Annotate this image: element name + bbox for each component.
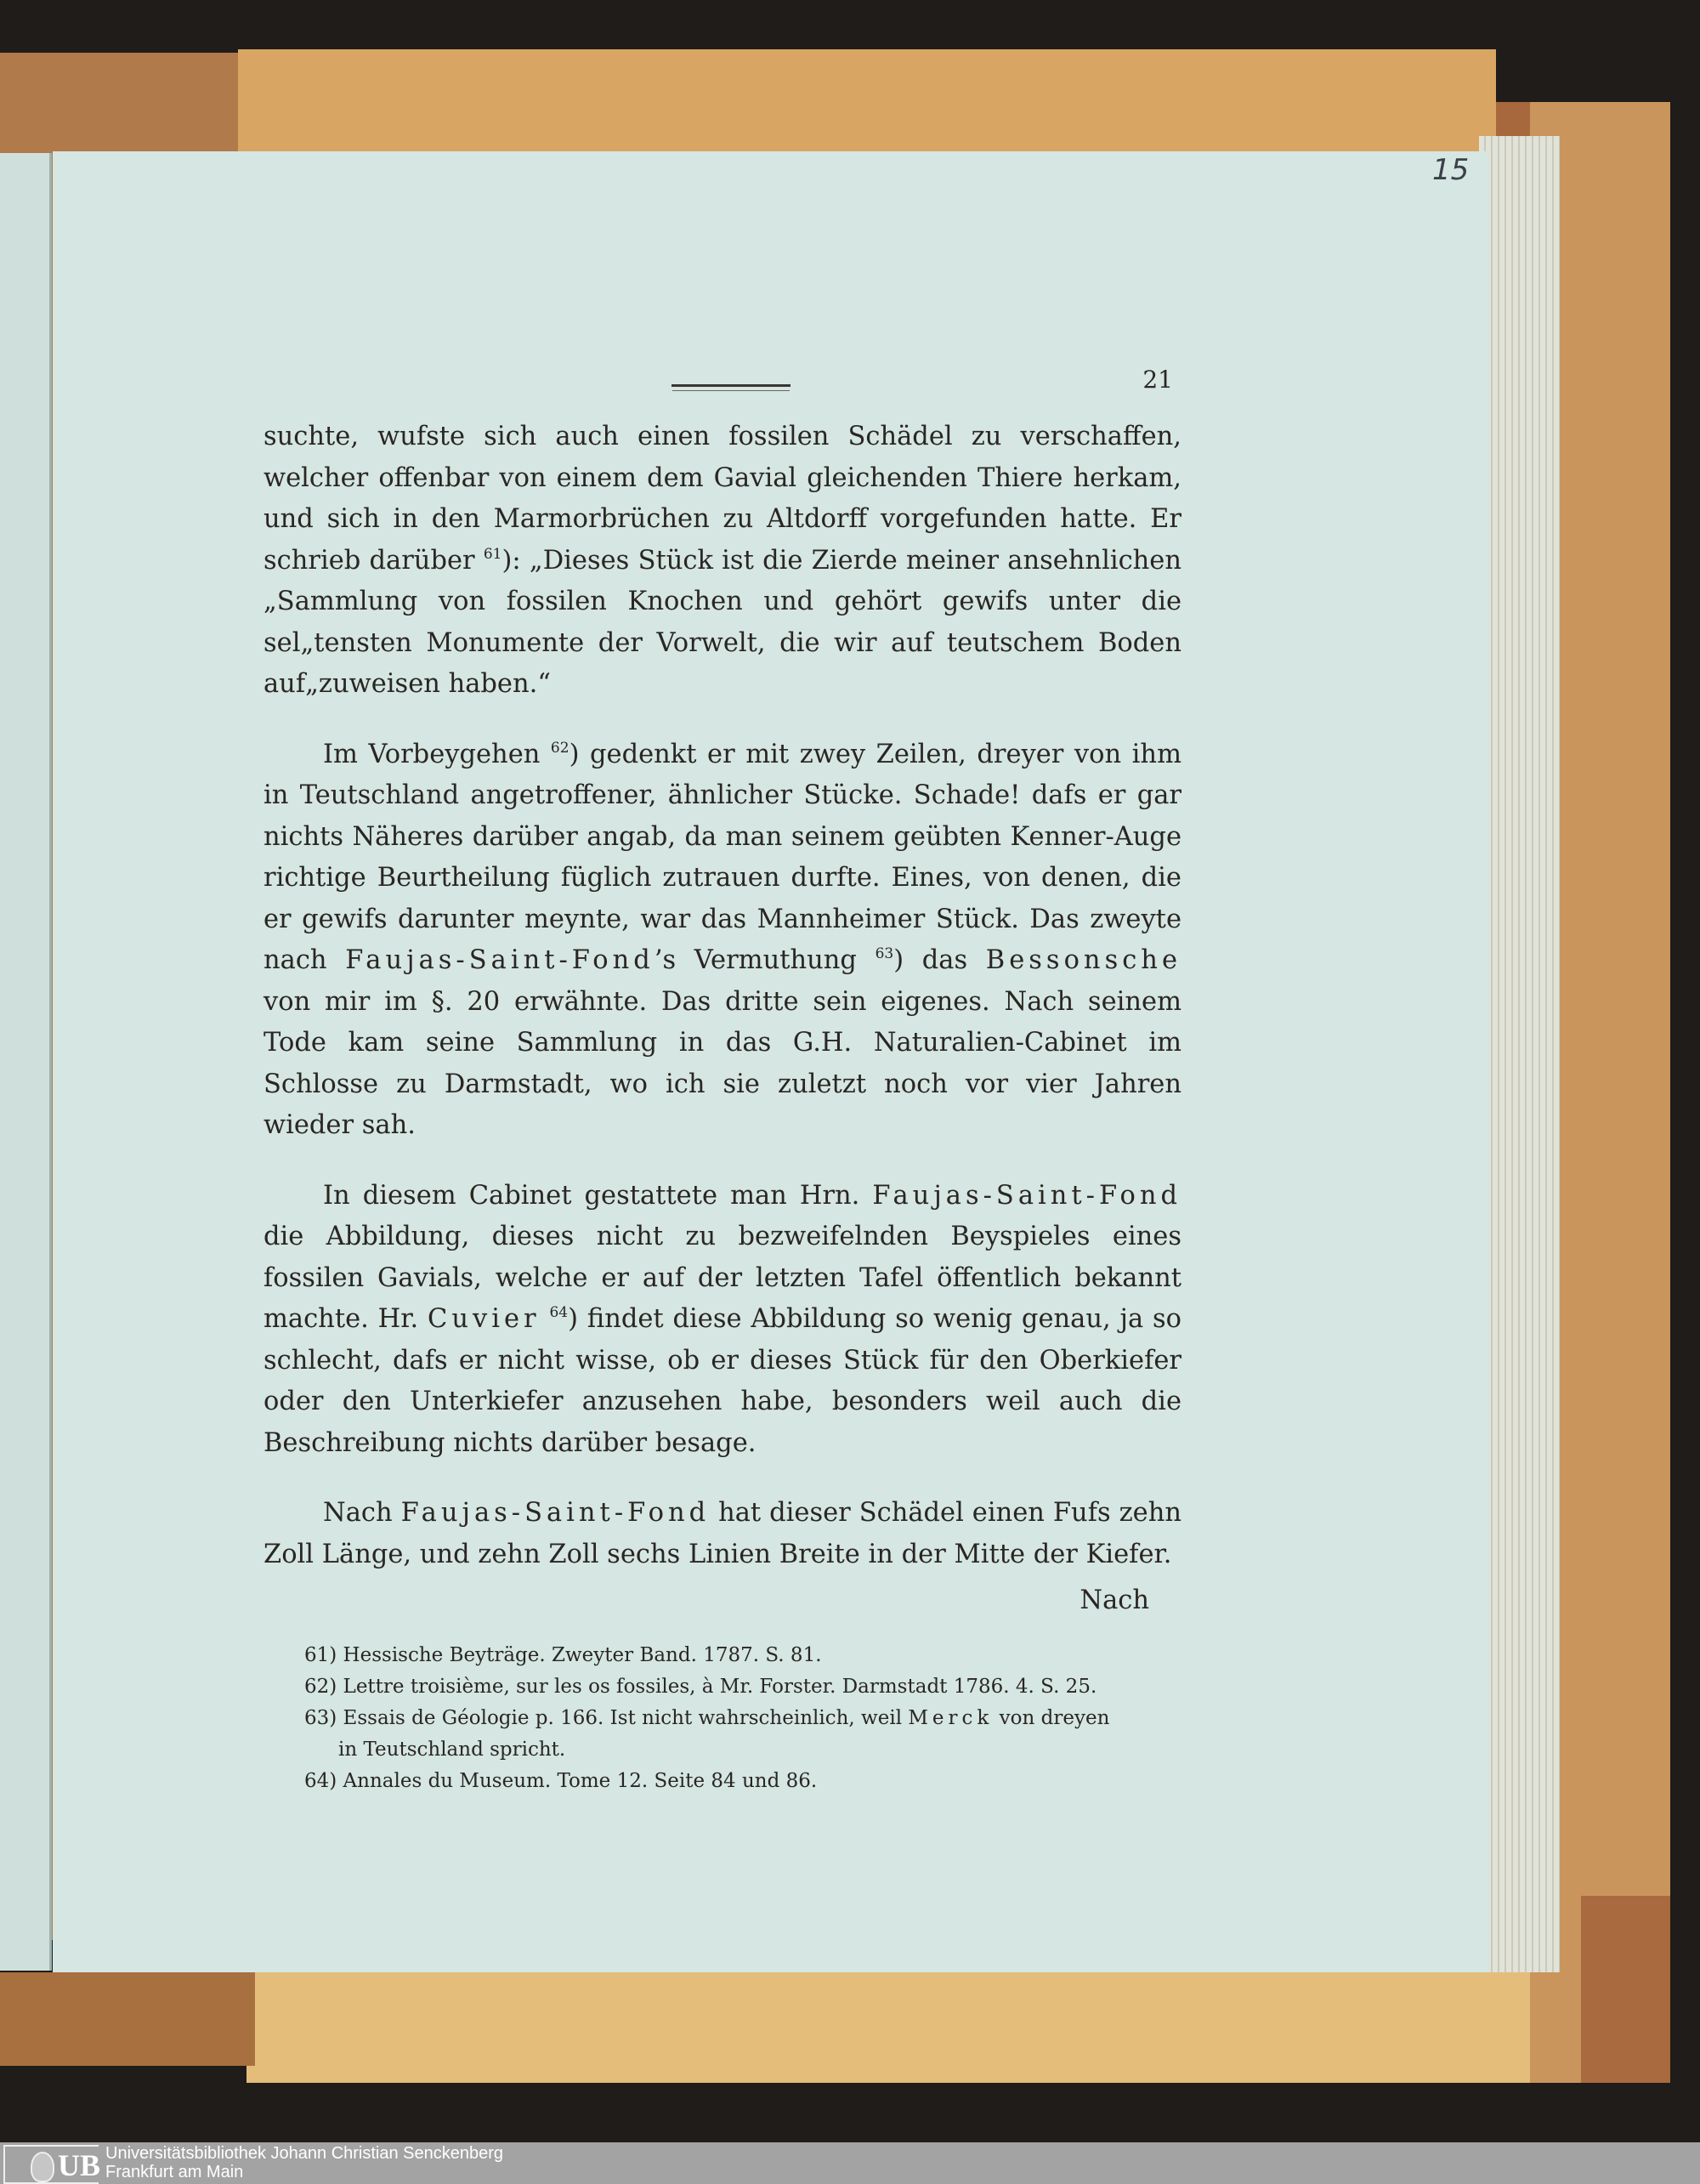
catchword: Nach [263, 1584, 1181, 1618]
running-header: 21 [263, 366, 1181, 417]
paragraph: In diesem Cabinet gestattete man Hrn. Fa… [263, 1176, 1181, 1465]
handwritten-folio-number: 15 [1432, 153, 1469, 187]
header-rule [671, 384, 790, 387]
footnote-ref: 64 [549, 1304, 568, 1321]
footnote: 64) Annales du Museum. Tome 12. Seite 84… [304, 1766, 1181, 1797]
facing-page-sliver [0, 153, 52, 1971]
footnote: 63) Essais de Géologie p. 166. Ist nicht… [304, 1703, 1181, 1766]
paragraph: Nach Faujas-Saint-Fond hat dieser Schäde… [263, 1493, 1181, 1575]
binding-corner [1581, 1896, 1670, 2083]
binding-bottom-left [0, 1972, 255, 2066]
footnote-ref: 62 [551, 740, 569, 757]
spaced-name: Bessonsche [986, 945, 1181, 975]
spaced-name: Cuvier [428, 1304, 541, 1334]
spaced-name: Faujas-Saint-Fond [872, 1181, 1181, 1211]
body-text: suchte, wufste sich auch einen fossilen … [263, 417, 1181, 1575]
page-edges [1479, 136, 1560, 1972]
logo-text: UB [58, 2148, 100, 2182]
footnotes: 61) Hessische Beyträge. Zweyter Band. 17… [263, 1640, 1181, 1797]
library-city: Frankfurt am Main [105, 2163, 243, 2182]
footnote-ref: 63 [875, 945, 894, 962]
binding-bottom [246, 1972, 1530, 2083]
footnote: 62) Lettre troisième, sur les os fossile… [304, 1671, 1181, 1703]
paragraph: Im Vorbeygehen 62) gedenkt er mit zwey Z… [263, 735, 1181, 1147]
binding-top [238, 49, 1496, 151]
footnote-ref: 61 [484, 546, 502, 563]
spaced-name: Faujas-Saint-Fond [345, 945, 654, 975]
page-content: 21 suchte, wufste sich auch einen fossil… [263, 366, 1181, 1797]
ub-logo: UB [3, 2145, 99, 2184]
library-name: Universitätsbibliothek Johann Christian … [105, 2144, 503, 2164]
footnote: 61) Hessische Beyträge. Zweyter Band. 17… [304, 1640, 1181, 1671]
library-footer-bar: UB Universitätsbibliothek Johann Christi… [0, 2142, 1700, 2184]
portrait-icon [31, 2152, 54, 2182]
page-number: 21 [1142, 366, 1173, 394]
spaced-name: Faujas-Saint-Fond [401, 1498, 711, 1528]
paragraph: suchte, wufste sich auch einen fossilen … [263, 417, 1181, 706]
